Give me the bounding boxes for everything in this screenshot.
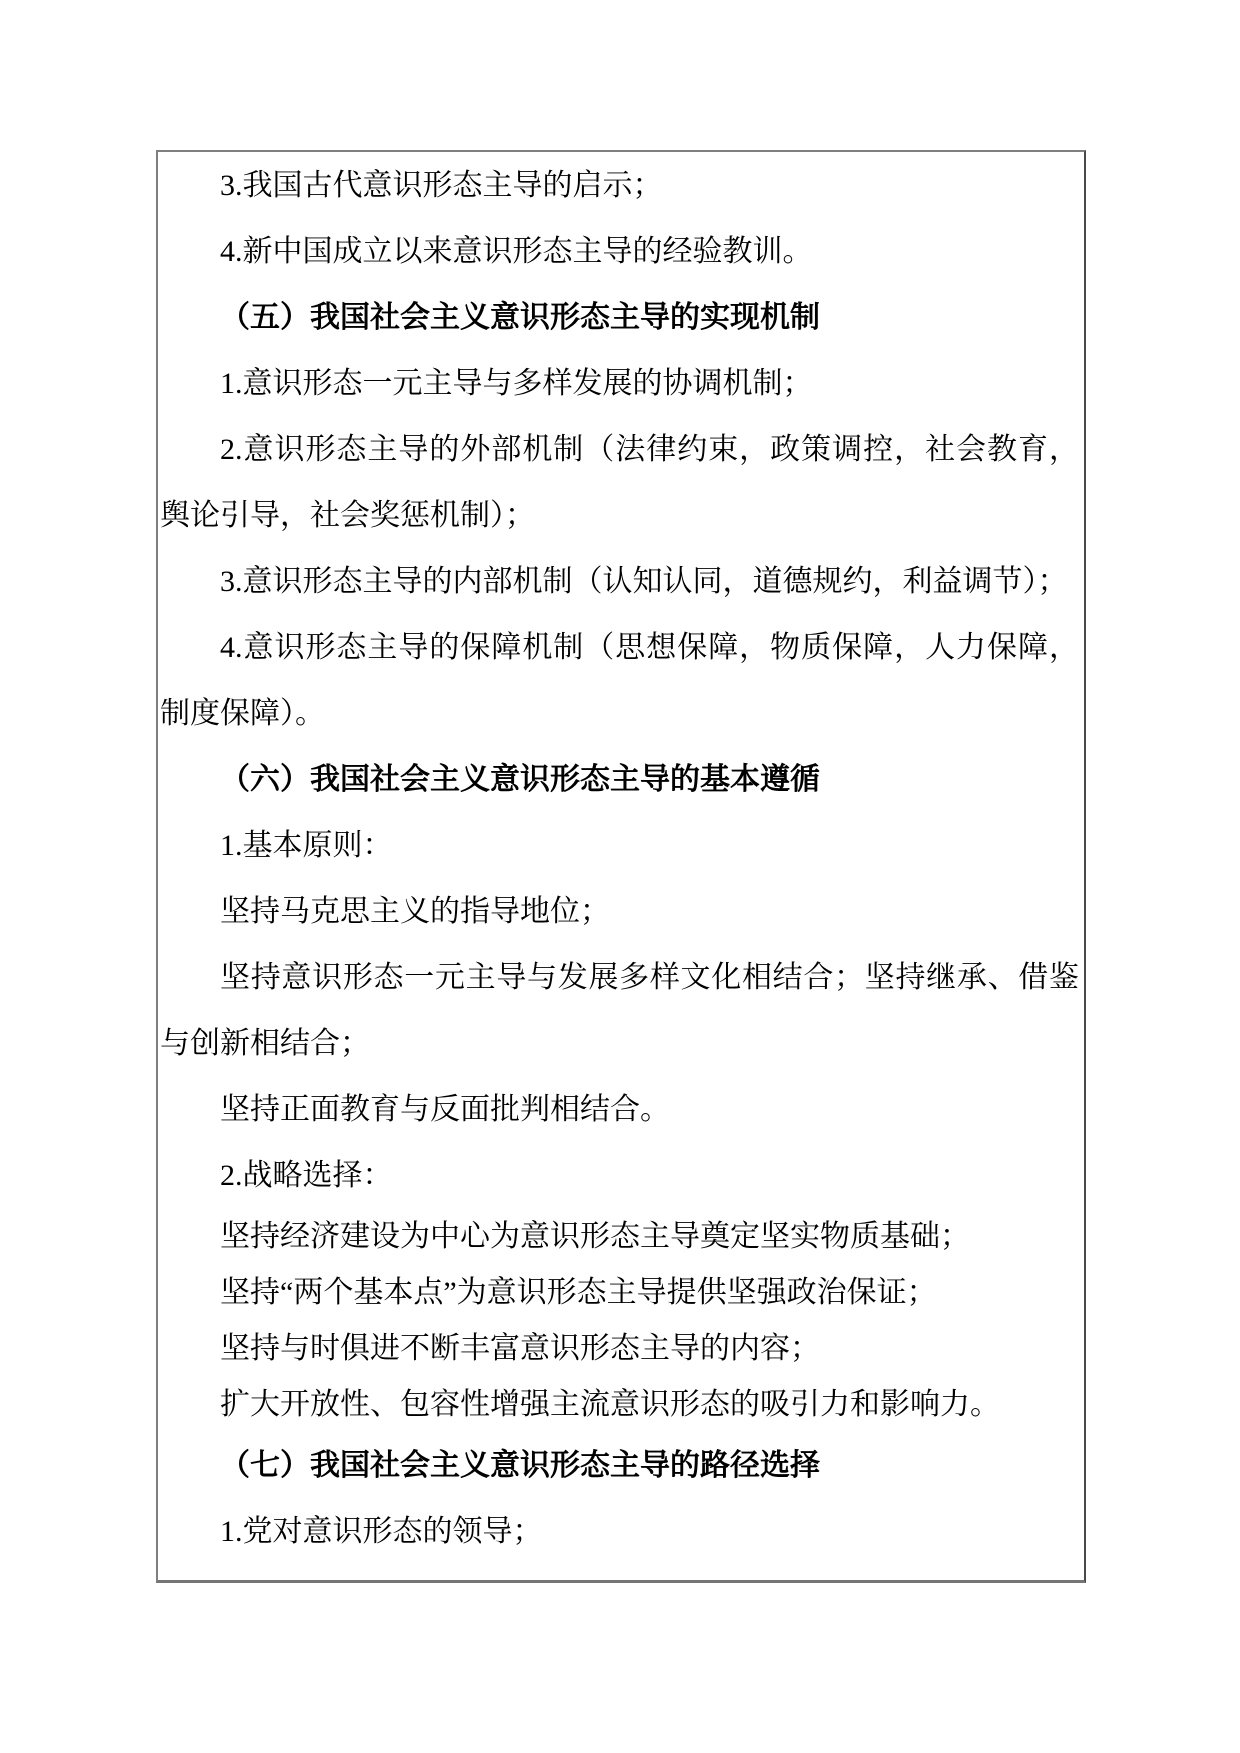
paragraph: 坚持正面教育与反面批判相结合。 (160, 1077, 1079, 1143)
table-cell-frame: 3.我国古代意识形态主导的启示； 4.新中国成立以来意识形态主导的经验教训。 （… (156, 150, 1086, 1583)
paragraph: 4.意识形态主导的保障机制（思想保障，物质保障，人力保障，制度保障）。 (160, 615, 1079, 747)
paragraph: 坚持“两个基本点”为意识形态主导提供坚强政治保证； (160, 1265, 1079, 1321)
paragraph: 4.新中国成立以来意识形态主导的经验教训。 (160, 219, 1079, 285)
section-heading: （六）我国社会主义意识形态主导的基本遵循 (160, 747, 1079, 813)
paragraph: 坚持马克思主义的指导地位； (160, 879, 1079, 945)
paragraph: 坚持经济建设为中心为意识形态主导奠定坚实物质基础； (160, 1209, 1079, 1265)
paragraph: 坚持意识形态一元主导与发展多样文化相结合；坚持继承、借鉴与创新相结合； (160, 945, 1079, 1077)
section-heading: （七）我国社会主义意识形态主导的路径选择 (160, 1433, 1079, 1499)
paragraph: 2.战略选择： (160, 1143, 1079, 1209)
paragraph: 3.我国古代意识形态主导的启示； (160, 153, 1079, 219)
paragraph: 1.意识形态一元主导与多样发展的协调机制； (160, 351, 1079, 417)
paragraph: 扩大开放性、包容性增强主流意识形态的吸引力和影响力。 (160, 1377, 1079, 1433)
section-heading: （五）我国社会主义意识形态主导的实现机制 (160, 285, 1079, 351)
paragraph: 1.党对意识形态的领导； (160, 1499, 1079, 1565)
paragraph: 1.基本原则： (160, 813, 1079, 879)
paragraph: 3.意识形态主导的内部机制（认知认同，道德规约，利益调节）； (160, 549, 1079, 615)
paragraph: 坚持与时俱进不断丰富意识形态主导的内容； (160, 1321, 1079, 1377)
paragraph: 2.意识形态主导的外部机制（法律约束，政策调控，社会教育，舆论引导，社会奖惩机制… (160, 417, 1079, 549)
document-page: 3.我国古代意识形态主导的启示； 4.新中国成立以来意识形态主导的经验教训。 （… (0, 0, 1240, 1753)
